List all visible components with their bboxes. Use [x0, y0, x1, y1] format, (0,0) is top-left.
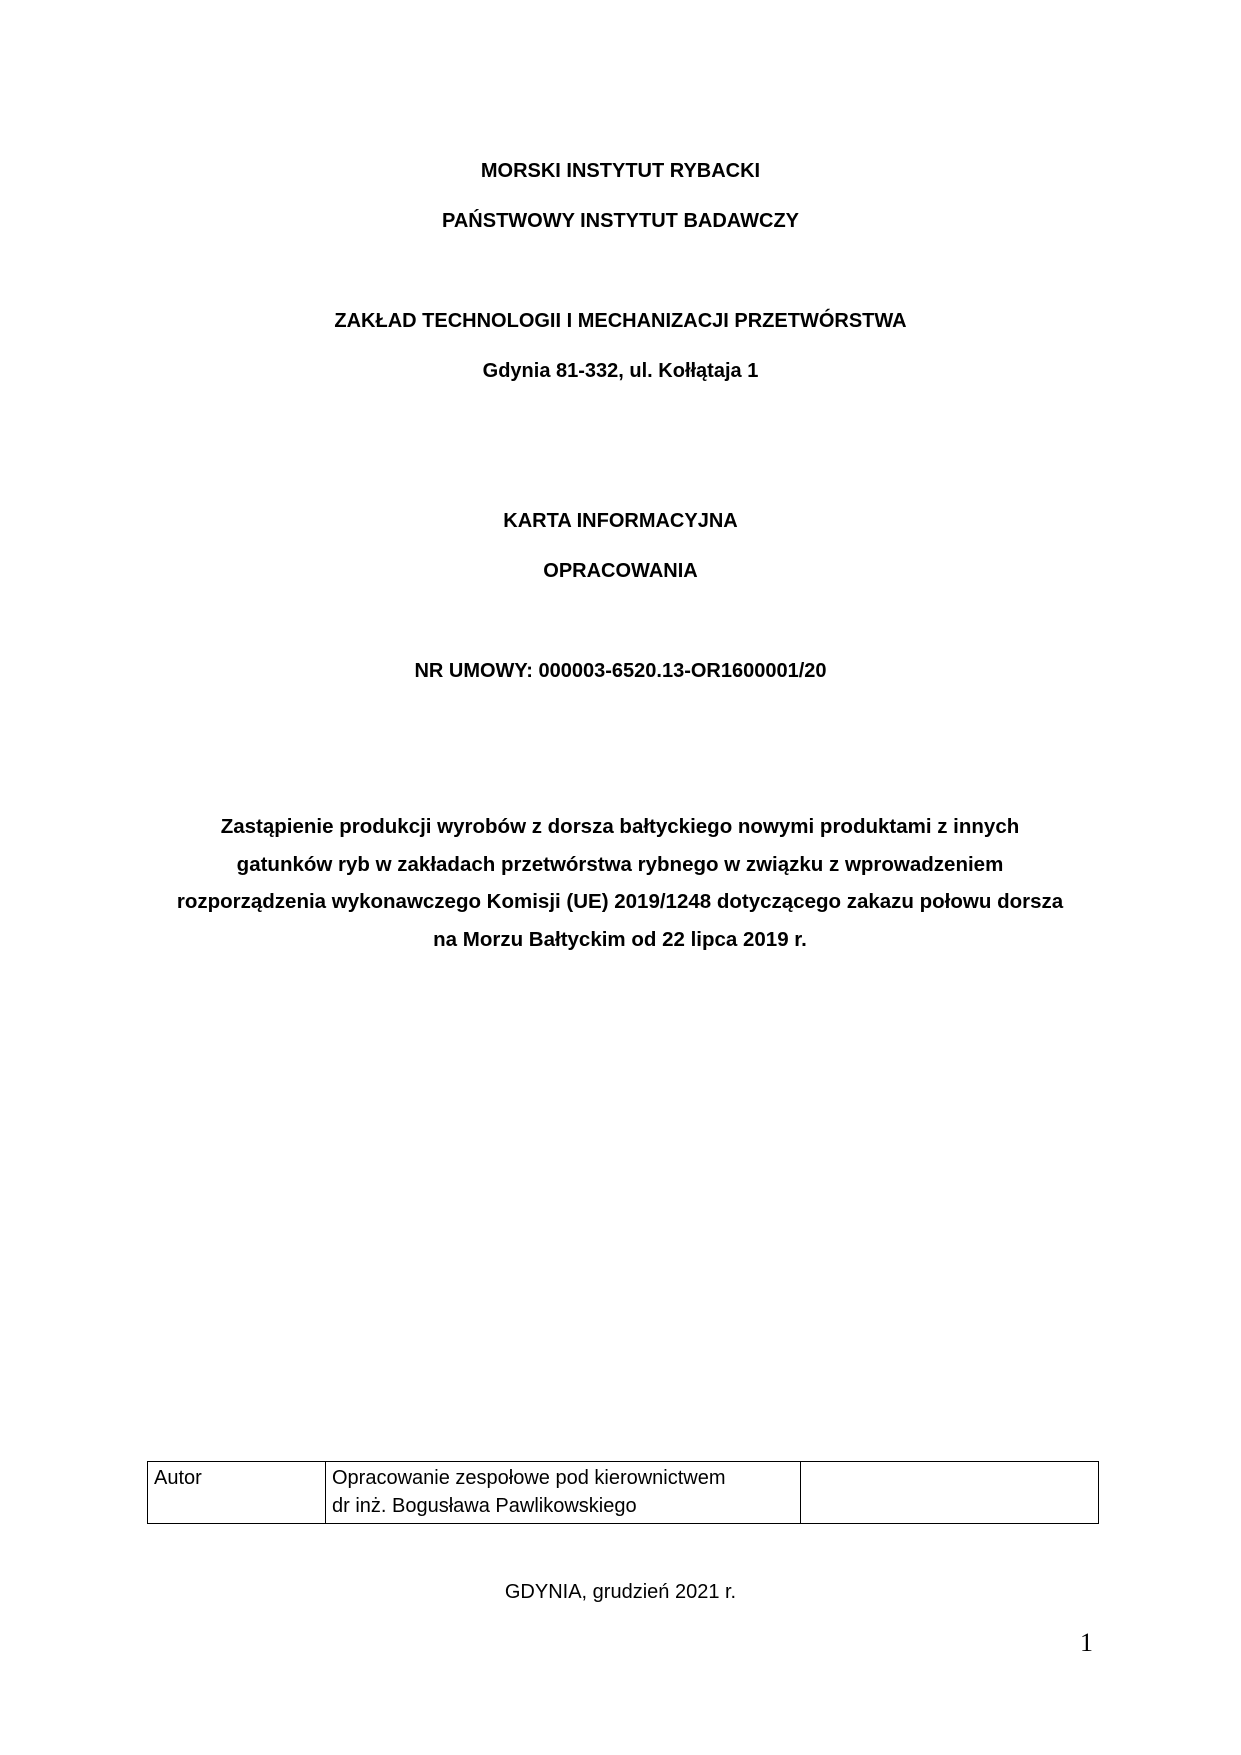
author-table: Autor Opracowanie zespołowe pod kierowni… [147, 1461, 1099, 1524]
title-line: na Morzu Bałtyckim od 22 lipca 2019 r. [140, 921, 1100, 959]
author-extra-cell [801, 1462, 1099, 1524]
author-label: Autor [154, 1467, 202, 1489]
title-line: rozporządzenia wykonawczego Komisji (UE)… [140, 883, 1100, 921]
institute-subtitle: PAŃSTWOWY INSTYTUT BADAWCZY [0, 209, 1241, 233]
title-line: Zastąpienie produkcji wyrobów z dorsza b… [140, 808, 1100, 846]
document-type-heading: KARTA INFORMACYJNA [0, 509, 1241, 533]
department-name: ZAKŁAD TECHNOLOGII I MECHANIZACJI PRZETW… [0, 309, 1241, 333]
author-value-line: Opracowanie zespołowe pod kierownictwem [332, 1464, 794, 1492]
institute-name: MORSKI INSTYTUT RYBACKI [0, 159, 1241, 183]
author-value-line: dr inż. Bogusława Pawlikowskiego [332, 1492, 794, 1520]
address: Gdynia 81-332, ul. Kołłątaja 1 [0, 359, 1241, 383]
document-title: Zastąpienie produkcji wyrobów z dorsza b… [140, 808, 1100, 958]
page-number: 1 [1080, 1628, 1093, 1658]
contract-number: NR UMOWY: 000003-6520.13-OR1600001/20 [0, 659, 1241, 683]
table-row: Autor Opracowanie zespołowe pod kierowni… [148, 1462, 1099, 1524]
title-line: gatunków ryb w zakładach przetwórstwa ry… [140, 846, 1100, 884]
author-label-cell: Autor [148, 1462, 326, 1524]
place-date: GDYNIA, grudzień 2021 r. [0, 1580, 1241, 1604]
document-type-subheading: OPRACOWANIA [0, 559, 1241, 583]
author-value-cell: Opracowanie zespołowe pod kierownictwem … [326, 1462, 801, 1524]
